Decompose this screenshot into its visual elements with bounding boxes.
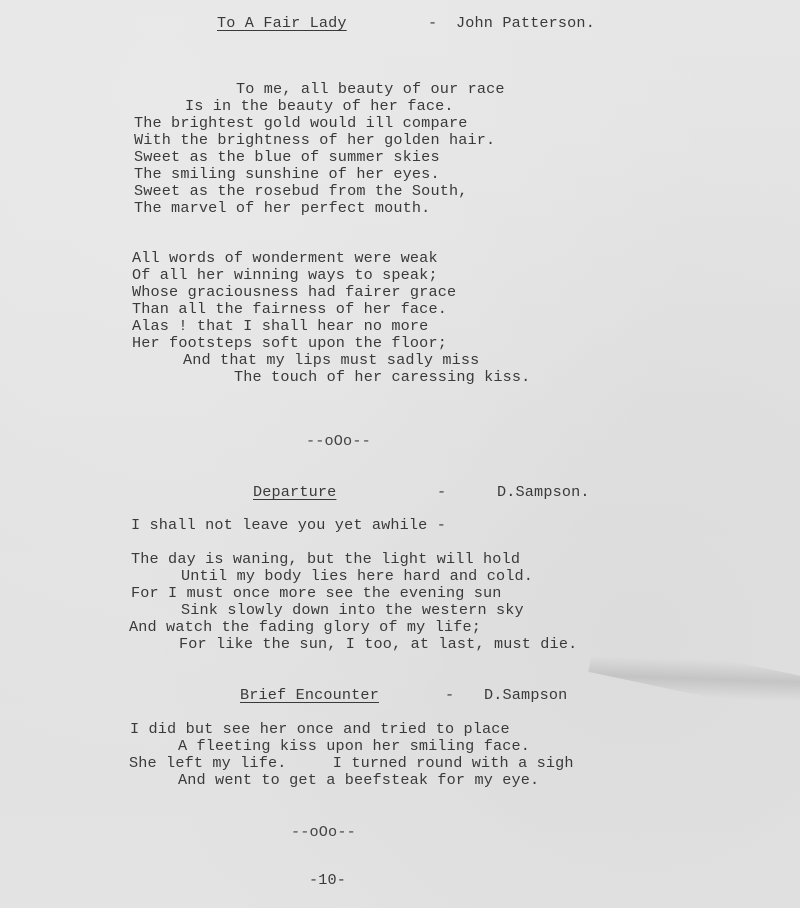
poem-line: Sink slowly down into the western sky	[181, 602, 524, 619]
poem-line: Her footsteps soft upon the floor;	[132, 335, 447, 352]
paper-fold-shadow	[588, 633, 800, 718]
poem-line: A fleeting kiss upon her smiling face.	[178, 738, 530, 755]
poem-author: D.Sampson.	[497, 484, 590, 501]
poem-line: Sweet as the rosebud from the South,	[134, 183, 468, 200]
page-number: -10-	[309, 872, 346, 889]
poem-line: The day is waning, but the light will ho…	[131, 551, 520, 568]
poem-title: Departure	[253, 484, 336, 501]
poem-line: All words of wonderment were weak	[132, 250, 438, 267]
section-separator: --oOo--	[306, 433, 371, 450]
poem-title: Brief Encounter	[240, 687, 379, 704]
title-dash: -	[428, 15, 437, 32]
poem-line: She left my life. I turned round with a …	[129, 755, 574, 772]
poem-line: The touch of her caressing kiss.	[234, 369, 530, 386]
poem-line: Of all her winning ways to speak;	[132, 267, 438, 284]
typewritten-page: To A Fair Lady - John Patterson. To me, …	[0, 0, 800, 908]
poem-line: With the brightness of her golden hair.	[134, 132, 495, 149]
title-dash: -	[437, 484, 446, 501]
section-separator: --oOo--	[291, 824, 356, 841]
title-dash: -	[445, 687, 454, 704]
poem-line: I shall not leave you yet awhile -	[131, 517, 446, 534]
poem-line: To me, all beauty of our race	[236, 81, 505, 98]
poem-line: And that my lips must sadly miss	[183, 352, 479, 369]
poem-line: For like the sun, I too, at last, must d…	[179, 636, 577, 653]
poem-line: For I must once more see the evening sun	[131, 585, 502, 602]
poem-line: Is in the beauty of her face.	[185, 98, 454, 115]
poem-line: The brightest gold would ill compare	[134, 115, 468, 132]
poem-line: I did but see her once and tried to plac…	[130, 721, 510, 738]
poem-author: John Patterson.	[456, 15, 595, 32]
poem-line: Alas ! that I shall hear no more	[132, 318, 428, 335]
poem-title: To A Fair Lady	[217, 15, 347, 32]
poem-line: And watch the fading glory of my life;	[129, 619, 481, 636]
poem-line: The smiling sunshine of her eyes.	[134, 166, 440, 183]
poem-line: Until my body lies here hard and cold.	[181, 568, 533, 585]
poem-line: Whose graciousness had fairer grace	[132, 284, 456, 301]
poem-line: Than all the fairness of her face.	[132, 301, 447, 318]
poem-line: The marvel of her perfect mouth.	[134, 200, 430, 217]
poem-author: D.Sampson	[484, 687, 567, 704]
poem-line: Sweet as the blue of summer skies	[134, 149, 440, 166]
poem-line: And went to get a beefsteak for my eye.	[178, 772, 539, 789]
